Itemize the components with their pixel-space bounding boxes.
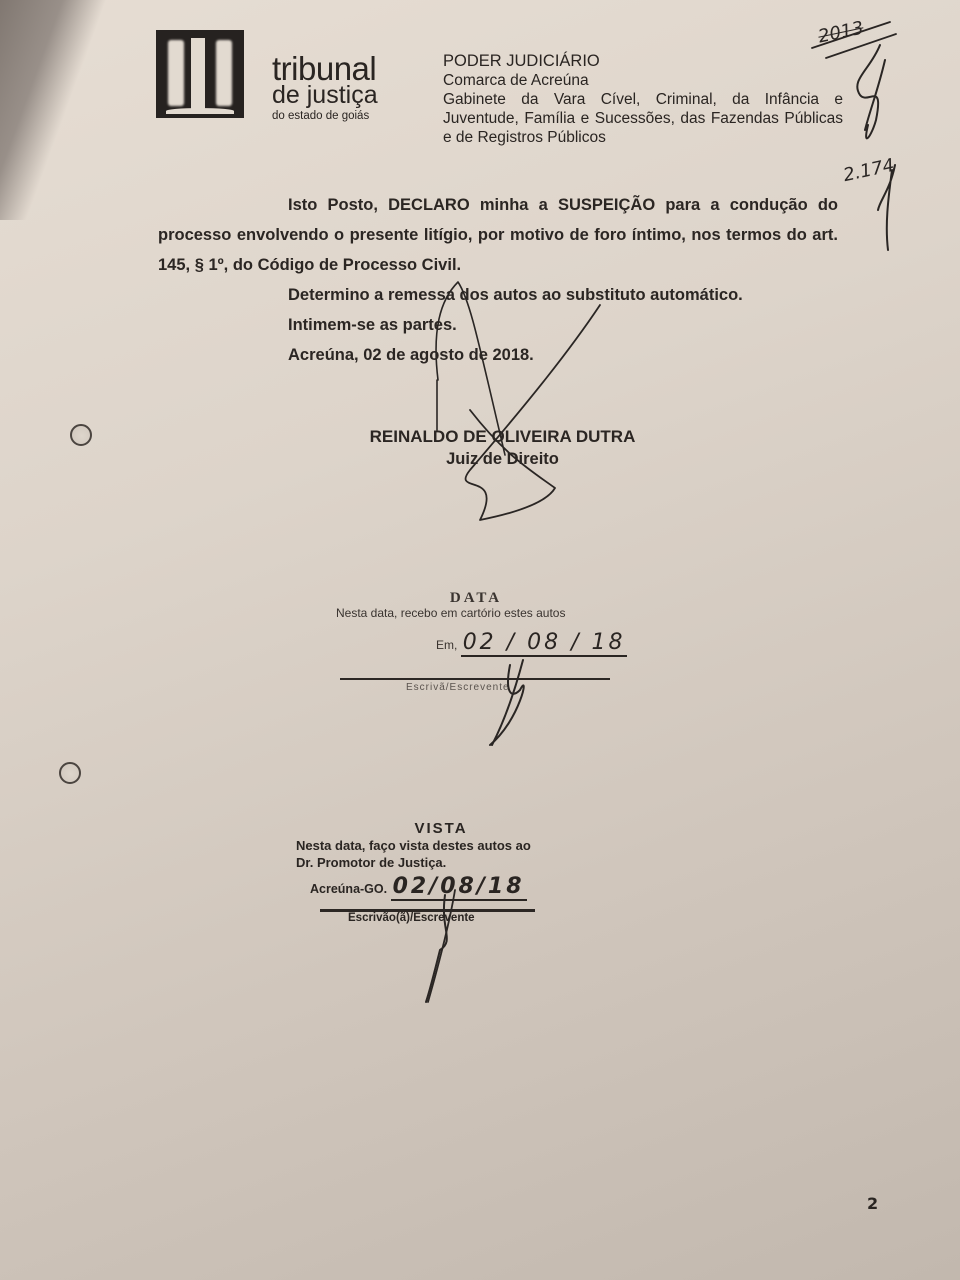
stamp-data-date-row: Em, 02 / 08 / 18 — [436, 630, 627, 655]
logo-line-2: de justiça — [272, 83, 378, 108]
stamp-vista-line-2: Dr. Promotor de Justiça. — [296, 854, 556, 871]
decision-paragraph-1: Isto Posto, DECLARO minha a SUSPEIÇÃO pa… — [158, 190, 838, 280]
stamp-data-title: DATA — [336, 590, 616, 607]
stamp-vista-date-value: 02/08/18 — [391, 874, 527, 901]
stamp-data-date-label: Em, — [436, 638, 457, 652]
signature-line — [340, 678, 610, 680]
stamp-vista-signature-label: Escrivão(ã)/Escrevente — [348, 912, 556, 924]
signer-name: REINALDO DE OLIVEIRA DUTRA — [340, 426, 665, 448]
decision-paragraph-3: Intimem-se as partes. — [158, 310, 838, 340]
page-fold-shadow — [0, 0, 114, 220]
letterhead-comarca: Comarca de Acreúna — [443, 71, 843, 90]
letterhead: PODER JUDICIÁRIO Comarca de Acreúna Gabi… — [443, 52, 843, 147]
page-number: 2 — [867, 1194, 878, 1213]
stamp-data-date-value: 02 / 08 / 18 — [461, 630, 628, 657]
handwritten-page-number-right: 2.174 — [841, 155, 896, 186]
punch-hole-top — [70, 424, 92, 446]
court-columns-icon — [156, 30, 244, 118]
signer-block: REINALDO DE OLIVEIRA DUTRA Juiz de Direi… — [340, 426, 665, 470]
stamp-data: DATA Nesta data, recebo em cartório este… — [336, 590, 616, 620]
logo-line-3: do estado de goiás — [272, 111, 378, 123]
decision-paragraph-2: Determino a remessa dos autos ao substit… — [158, 280, 838, 310]
stamp-vista-date-row: Acreúna-GO. 02/08/18 — [310, 874, 556, 899]
letterhead-title: PODER JUDICIÁRIO — [443, 52, 843, 71]
handwritten-page-number-top: 2013 — [816, 17, 865, 47]
punch-hole-bottom — [59, 762, 81, 784]
stamp-vista-line-1: Nesta data, faço vista destes autos ao — [296, 837, 556, 854]
stamp-vista: VISTA Nesta data, faço vista destes auto… — [296, 820, 556, 924]
letterhead-gabinete: Gabinete da Vara Cível, Criminal, da Inf… — [443, 90, 843, 147]
stamp-vista-title: VISTA — [326, 820, 556, 837]
stamp-vista-city-label: Acreúna-GO. — [310, 882, 387, 896]
place-and-date: Acreúna, 02 de agosto de 2018. — [158, 340, 838, 370]
court-logo-text: tribunal de justiça do estado de goiás — [272, 52, 378, 123]
signer-role: Juiz de Direito — [340, 448, 665, 470]
stamp-data-signature-label: Escrivã/Escrevente — [406, 682, 510, 693]
decision-body: Isto Posto, DECLARO minha a SUSPEIÇÃO pa… — [158, 190, 838, 370]
stamp-data-text: Nesta data, recebo em cartório estes aut… — [336, 606, 616, 620]
